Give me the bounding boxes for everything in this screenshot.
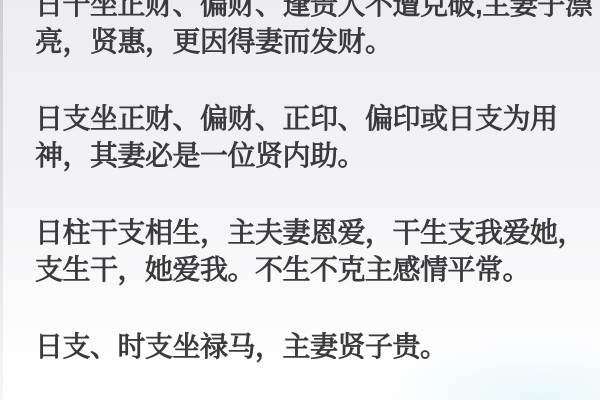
text-content: 日干坐正财、偏财、逢贵人不遭克破,主妻子漂 亮，贤惠，更因得妻而发财。 日支坐正… [35,0,595,400]
text-line: 日支坐正财、偏财、正印、偏印或日支为用 [35,100,595,137]
paragraph: 日干坐正财、偏财、逢贵人不遭克破,主妻子漂 亮，贤惠，更因得妻而发财。 [35,0,595,60]
paragraph: 日支、时支坐禄马，主妻贤子贵。 [35,328,595,365]
text-line: 日柱干支相生，主夫妻恩爱，干生支我爱她， [35,214,595,251]
text-line: 日干坐正财、偏财、逢贵人不遭克破,主妻子漂 [35,0,595,23]
text-page: 日干坐正财、偏财、逢贵人不遭克破,主妻子漂 亮，贤惠，更因得妻而发财。 日支坐正… [0,0,600,400]
paragraph: 日柱干支相生，主夫妻恩爱，干生支我爱她， 支生干，她爱我。不生不克主感情平常。 [35,214,595,288]
left-edge-shade [0,0,3,400]
text-line: 支生干，她爱我。不生不克主感情平常。 [35,251,595,288]
text-line: 日支、时支坐禄马，主妻贤子贵。 [35,328,595,365]
text-line: 神，其妻必是一位贤内助。 [35,137,595,174]
paragraph: 日支坐正财、偏财、正印、偏印或日支为用 神，其妻必是一位贤内助。 [35,100,595,174]
text-line: 亮，贤惠，更因得妻而发财。 [35,23,595,60]
